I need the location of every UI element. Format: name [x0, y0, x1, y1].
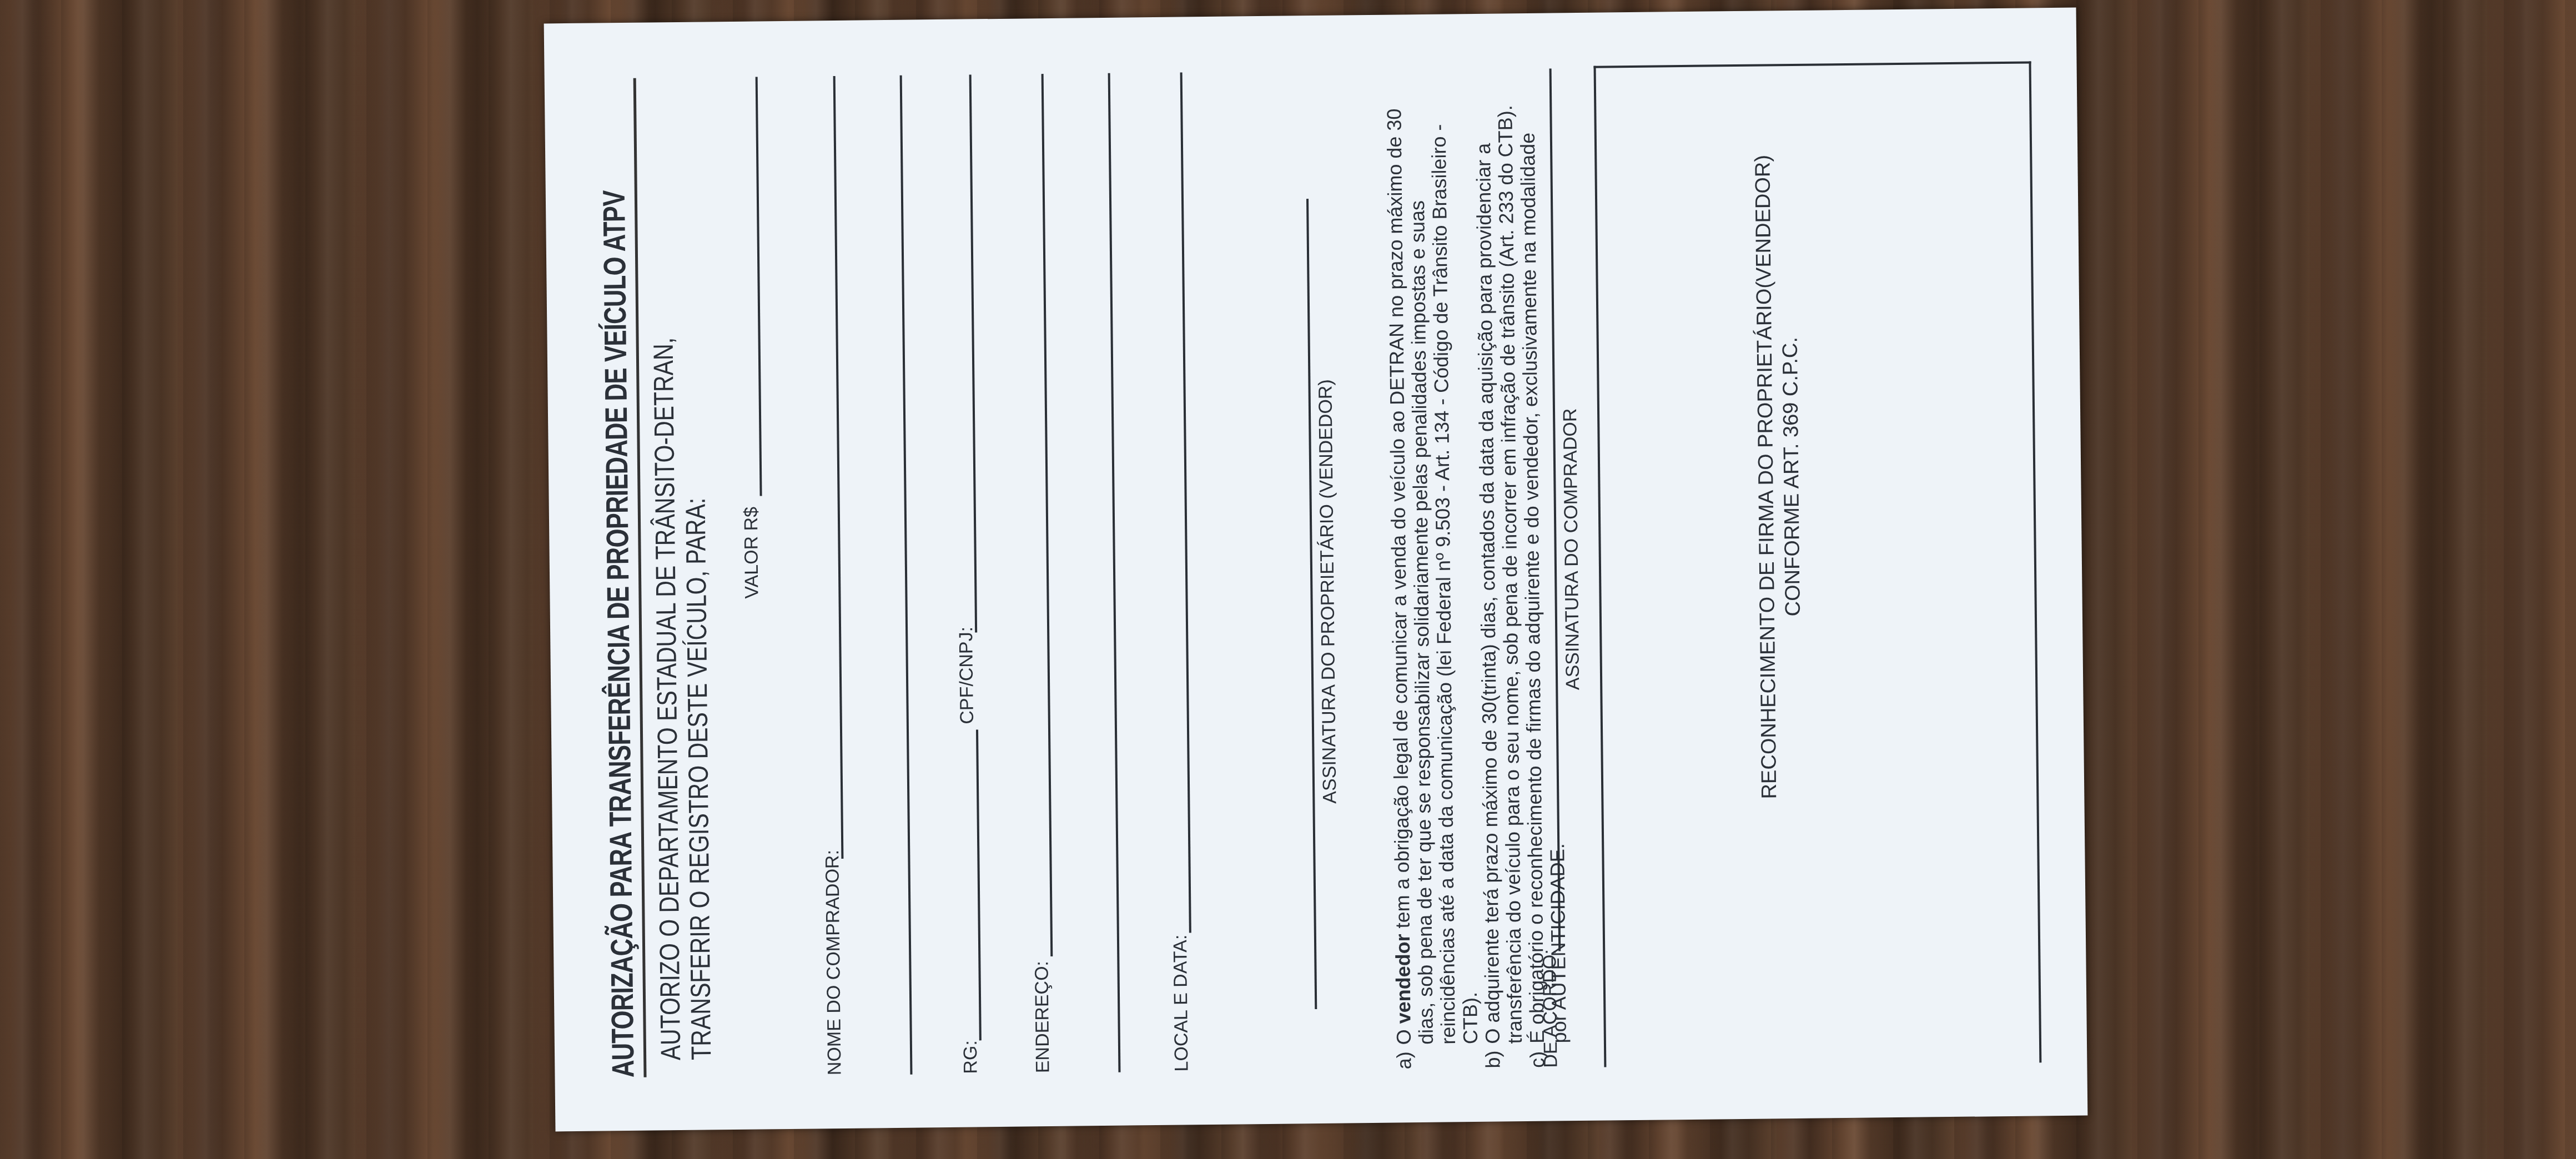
nome-comprador-label: NOME DO COMPRADOR: [822, 850, 846, 1076]
notary-recognition-box [1594, 61, 2042, 1067]
rg-field-line[interactable] [976, 729, 982, 1040]
nome-comprador-extra-line[interactable] [900, 75, 913, 1075]
endereco-extra-line[interactable] [1108, 73, 1121, 1072]
form-content: AUTORIZAÇÃO PARA TRANSFERÊNCIA DE PROPRI… [561, 8, 2071, 1100]
note-a: a) O vendedor tem a obrigação legal de c… [1383, 103, 1482, 1070]
form-title: AUTORIZAÇÃO PARA TRANSFERÊNCIA DE PROPRI… [596, 190, 641, 1077]
endereco-field-line[interactable] [1042, 74, 1053, 956]
nome-comprador-field-line[interactable] [833, 76, 844, 859]
buyer-signature-label: ASSINATURA DO COMPRADOR [1559, 408, 1584, 690]
atpv-paper-form: AUTORIZAÇÃO PARA TRANSFERÊNCIA DE PROPRI… [544, 8, 2088, 1132]
cpf-cnpj-field-line[interactable] [969, 74, 978, 632]
notary-recognition-text: RECONHECIMENTO DE FIRMA DO PROPRIETÁRIO(… [1750, 154, 1808, 799]
valor-field-line[interactable] [756, 77, 762, 496]
rg-label: RG: [960, 1040, 982, 1074]
endereco-label: ENDEREÇO: [1031, 961, 1054, 1074]
local-data-field-line[interactable] [1180, 72, 1191, 933]
valor-label: VALOR R$ [741, 507, 763, 599]
seller-signature-label: ASSINATURA DO PROPRIETÁRIO (VENDEDOR) [1315, 379, 1341, 804]
authorization-line-2: TRANSFERIR O REGISTRO DESTE VEÍCULO, PAR… [680, 497, 718, 1060]
seller-signature-line[interactable] [1306, 199, 1317, 1009]
local-data-label: LOCAL E DATA: [1170, 934, 1193, 1071]
legal-notes: a) O vendedor tem a obrigação legal de c… [1383, 102, 1571, 1069]
cpf-cnpj-label: CPF/CNPJ: [955, 627, 978, 724]
de-acordo-label: DE ACORDO: [1539, 949, 1562, 1068]
